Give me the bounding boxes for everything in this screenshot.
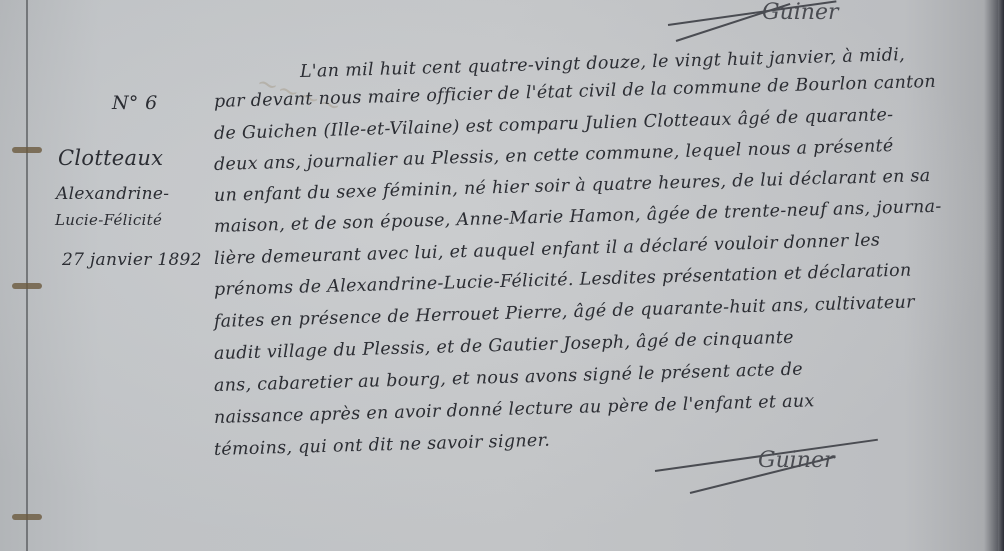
margin-date: 27 janvier 1892 <box>62 250 202 270</box>
binding-staple-mark <box>12 514 42 520</box>
body-line: faites en présence de Herrouet Pierre, â… <box>214 292 915 332</box>
margin-given-names-1: Alexandrine- <box>56 184 169 204</box>
body-line: prénoms de Alexandrine-Lucie-Félicité. L… <box>214 261 912 300</box>
margin-surname: Clotteaux <box>58 146 163 170</box>
binding-staple-mark <box>12 283 42 289</box>
body-line: témoins, qui ont dit ne savoir signer. <box>214 431 551 460</box>
signature-text: Guiner <box>762 0 838 25</box>
binding-staple-mark <box>12 147 42 153</box>
body-line: naissance après en avoir donné lecture a… <box>214 391 815 428</box>
margin-rule-line <box>26 0 28 551</box>
act-number: N° 6 <box>112 92 157 114</box>
register-page: ~~~~ N° 6 Clotteaux Alexandrine- Lucie-F… <box>0 0 1004 551</box>
body-line: audit village du Plessis, et de Gautier … <box>214 328 794 364</box>
signature-text: Guiner <box>758 448 834 473</box>
margin-given-names-2: Lucie-Félicité <box>55 211 162 229</box>
body-line: ans, cabaretier au bourg, et nous avons … <box>214 360 803 396</box>
page-edge-shadow <box>998 0 1004 551</box>
